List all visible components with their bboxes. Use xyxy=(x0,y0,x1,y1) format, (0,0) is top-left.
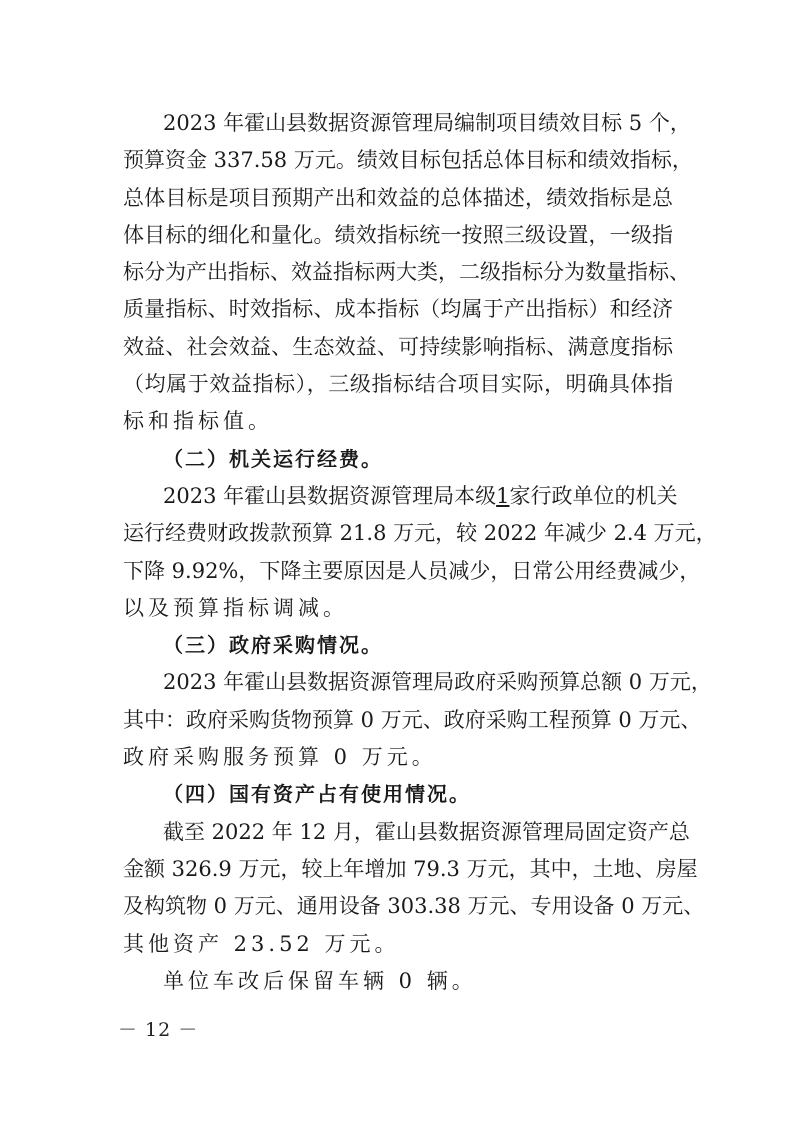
text-line: 截至 2022 年 12 月，霍山县数据资源管理局固定资产总 xyxy=(123,814,673,851)
text-line: 以及预算指标调减。 xyxy=(123,590,673,627)
paragraph-operating-expenses: 2023 年霍山县数据资源管理局本级1家行政单位的机关 运行经费财政拨款预算 2… xyxy=(123,478,673,627)
section-heading-operating-expenses: （二）机关运行经费。 xyxy=(123,441,673,478)
paragraph-performance-targets: 2023 年霍山县数据资源管理局编制项目绩效目标 5 个， 预算资金 337.5… xyxy=(123,105,673,441)
text-line: 标和指标值。 xyxy=(123,403,673,440)
text-line: 2023 年霍山县数据资源管理局本级1家行政单位的机关 xyxy=(123,478,673,515)
text-line: 下降 9.92%，下降主要原因是人员减少，日常公用经费减少， xyxy=(123,553,673,590)
text-line: 2023 年霍山县数据资源管理局编制项目绩效目标 5 个， xyxy=(123,105,673,142)
document-page: 2023 年霍山县数据资源管理局编制项目绩效目标 5 个， 预算资金 337.5… xyxy=(123,105,673,1000)
text-line: 及构筑物 0 万元、通用设备 303.38 万元、专用设备 0 万元、 xyxy=(123,888,673,925)
text-line: 预算资金 337.58 万元。绩效目标包括总体目标和绩效指标， xyxy=(123,142,673,179)
paragraph-vehicles: 单位车改后保留车辆 0 辆。 xyxy=(123,963,673,1000)
section-heading-state-assets: （四）国有资产占有使用情况。 xyxy=(123,776,673,813)
text-line: 运行经费财政拨款预算 21.8 万元，较 2022 年减少 2.4 万元， xyxy=(123,515,673,552)
underlined-count: 1 xyxy=(496,484,509,508)
text-line: 政府采购服务预算 0 万元。 xyxy=(123,739,673,776)
text-line: 其他资产 23.52 万元。 xyxy=(123,926,673,963)
text-line: 效益、社会效益、生态效益、可持续影响指标、满意度指标 xyxy=(123,329,673,366)
paragraph-procurement: 2023 年霍山县数据资源管理局政府采购预算总额 0 万元， 其中：政府采购货物… xyxy=(123,664,673,776)
paragraph-state-assets: 截至 2022 年 12 月，霍山县数据资源管理局固定资产总 金额 326.9 … xyxy=(123,814,673,963)
text-line: 体目标的细化和量化。绩效指标统一按照三级设置，一级指 xyxy=(123,217,673,254)
text-line: 总体目标是项目预期产出和效益的总体描述，绩效指标是总 xyxy=(123,180,673,217)
page-number: － 12 － xyxy=(118,1015,198,1042)
text-line: 2023 年霍山县数据资源管理局政府采购预算总额 0 万元， xyxy=(123,664,673,701)
text-line: 其中：政府采购货物预算 0 万元、政府采购工程预算 0 万元、 xyxy=(123,702,673,739)
text-line: 质量指标、时效指标、成本指标（均属于产出指标）和经济 xyxy=(123,291,673,328)
text-segment: 2023 年霍山县数据资源管理局本级 xyxy=(163,484,496,508)
text-line: 金额 326.9 万元，较上年增加 79.3 万元，其中，土地、房屋 xyxy=(123,851,673,888)
text-line: （均属于效益指标），三级指标结合项目实际，明确具体指 xyxy=(123,366,673,403)
text-segment: 家行政单位的机关 xyxy=(510,484,678,508)
section-heading-procurement: （三）政府采购情况。 xyxy=(123,627,673,664)
text-line: 标分为产出指标、效益指标两大类，二级指标分为数量指标、 xyxy=(123,254,673,291)
